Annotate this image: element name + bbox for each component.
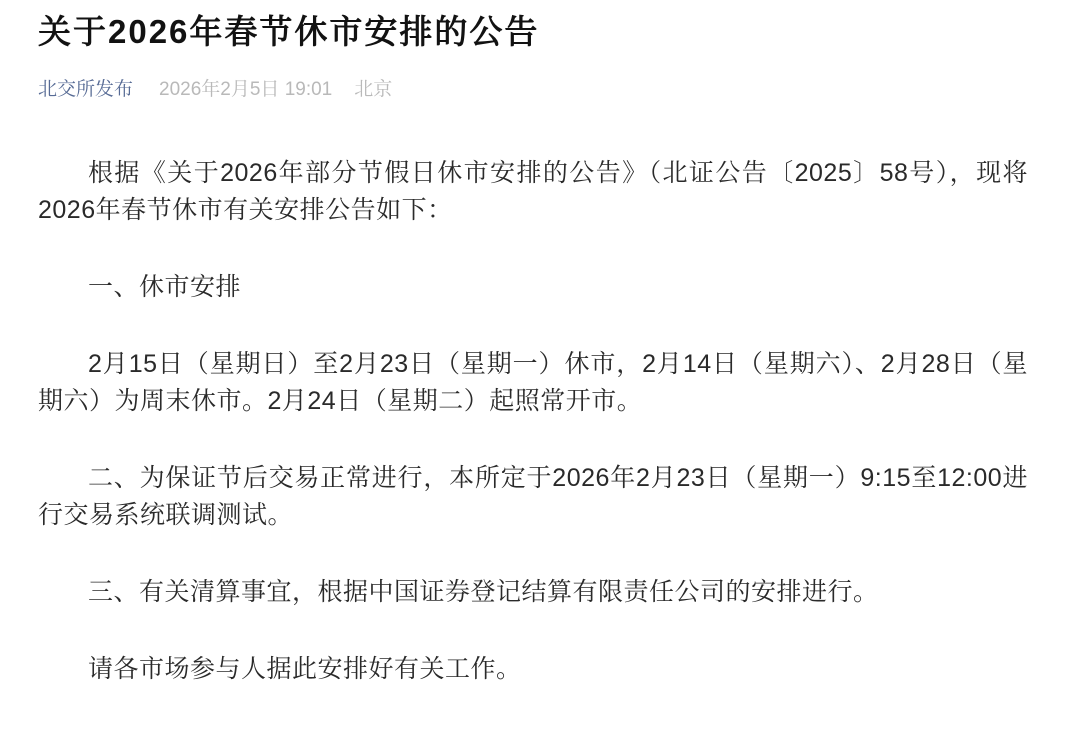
paragraph-section-2: 二、为保证节后交易正常进行，本所定于2026年2月23日（星期一）9:15至12… (38, 460, 1028, 534)
paragraph-section-1-heading: 一、休市安排 (38, 269, 1028, 306)
article-page: 关于2026年春节休市安排的公告 北交所发布 2026年2月5日 19:01 北… (0, 0, 1080, 750)
article-title: 关于2026年春节休市安排的公告 (38, 10, 1028, 55)
paragraph-intro: 根据《关于2026年部分节假日休市安排的公告》（北证公告〔2025〕58号），现… (38, 155, 1028, 229)
paragraph-section-1-body: 2月15日（星期日）至2月23日（星期一）休市，2月14日（星期六）、2月28日… (38, 346, 1028, 420)
publish-location: 北京 (354, 76, 392, 103)
article-body: 根据《关于2026年部分节假日休市安排的公告》（北证公告〔2025〕58号），现… (38, 155, 1028, 688)
publish-date: 2026年2月5日 19:01 (159, 76, 332, 103)
paragraph-closing: 请各市场参与人据此安排好有关工作。 (38, 651, 1028, 688)
author-link[interactable]: 北交所发布 (38, 76, 133, 103)
article-meta: 北交所发布 2026年2月5日 19:01 北京 (38, 76, 1028, 103)
paragraph-section-3: 三、有关清算事宜，根据中国证券登记结算有限责任公司的安排进行。 (38, 574, 1028, 611)
